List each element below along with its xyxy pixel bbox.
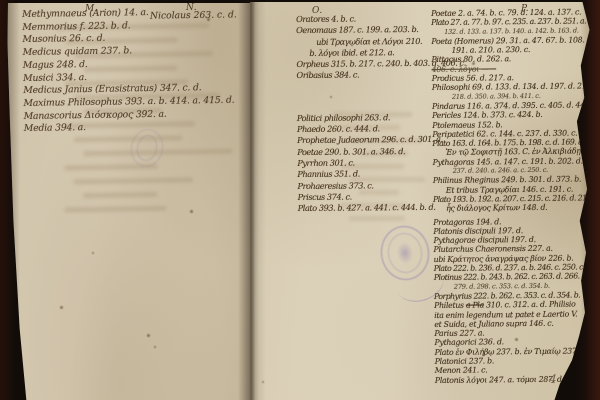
index-entry: Plato 393. b. 427. a. 441. c. 444. b. d. — [298, 202, 433, 214]
index-entry: ἧς διάλογος Κρίτων 148. d. — [446, 203, 595, 214]
ink-bleedthrough-line — [349, 216, 405, 221]
index-column-m: Methymnaeus (Arion) 14. a.Memmorius f. 2… — [22, 6, 244, 136]
gutter-shadow — [238, 0, 266, 400]
index-entry: 218. d. 350. a. 394. b. 411. c. — [452, 91, 594, 102]
index-column-n: Nicolaus 263. c. d. — [150, 9, 237, 21]
foxing-speck — [472, 62, 475, 65]
foxing-speck — [515, 338, 518, 341]
ink-bleedthrough-line — [74, 135, 182, 142]
book-edge-shadow — [584, 0, 600, 400]
foxing-speck — [207, 18, 210, 21]
foxing-speck — [330, 96, 332, 98]
index-entry: ubi Τραγῳδίαι et Λόγοι 210. — [316, 35, 431, 47]
index-entry: Prophetae Judaeorum 296. c. d. 301. a. — [297, 134, 432, 146]
index-entry: 406. c. λόγοι —— — [432, 63, 594, 74]
index-column-p: Poetae 2. a. 74. b. c. 79. d. 124. a. 13… — [431, 7, 597, 385]
foxing-speck — [92, 252, 94, 254]
foxing-speck — [368, 40, 370, 42]
index-entry: Plato ἐν Φιλήβῳ 237. b. ἐν Τιμαίῳ 237. b… — [435, 346, 597, 357]
index-entry: Nicolaus 263. c. d. — [150, 9, 237, 21]
index-entry: Platonis λόγοι 247. a. τόμοι 287. d. — [435, 374, 597, 385]
index-entry: 237. d. 240. a. 246. a. c. 250. c. — [453, 165, 595, 176]
left-page: M. N. Methymnaeus (Arion) 14. a.Memmoriu… — [6, 3, 254, 400]
foxing-speck — [154, 346, 156, 348]
index-column-o-p: Oratores 4. b. c.Oenomaus 187. c. 199. a… — [296, 13, 433, 215]
foxing-speck — [190, 210, 193, 213]
index-entry: Oribasius 384. c. — [296, 69, 431, 81]
right-page: O. P. Oratores 4. b. c.Oenomaus 187. c. … — [250, 2, 600, 400]
index-entry: 132. d. 133. a. 137. b. 140. a. 142. b. … — [444, 26, 593, 37]
manuscript-photo: M. N. Methymnaeus (Arion) 14. a.Memmoriu… — [0, 0, 600, 400]
index-entry: Orpheus 315. b. 217. c. 240. b. 403. d. … — [296, 58, 431, 70]
foxing-speck — [262, 381, 264, 383]
index-entry: 279. d. 298. c. 353. c. d. 354. b. — [454, 281, 596, 292]
ink-bleedthrough-line — [64, 206, 166, 213]
page-number: 4 — [549, 372, 558, 386]
ink-bleedthrough-line — [74, 177, 193, 184]
index-entry: Oenomaus 187. c. 199. a. 203. b. — [296, 24, 431, 36]
ink-bleedthrough-line — [83, 192, 157, 198]
foxing-speck — [147, 334, 150, 337]
foxing-speck — [60, 306, 63, 309]
